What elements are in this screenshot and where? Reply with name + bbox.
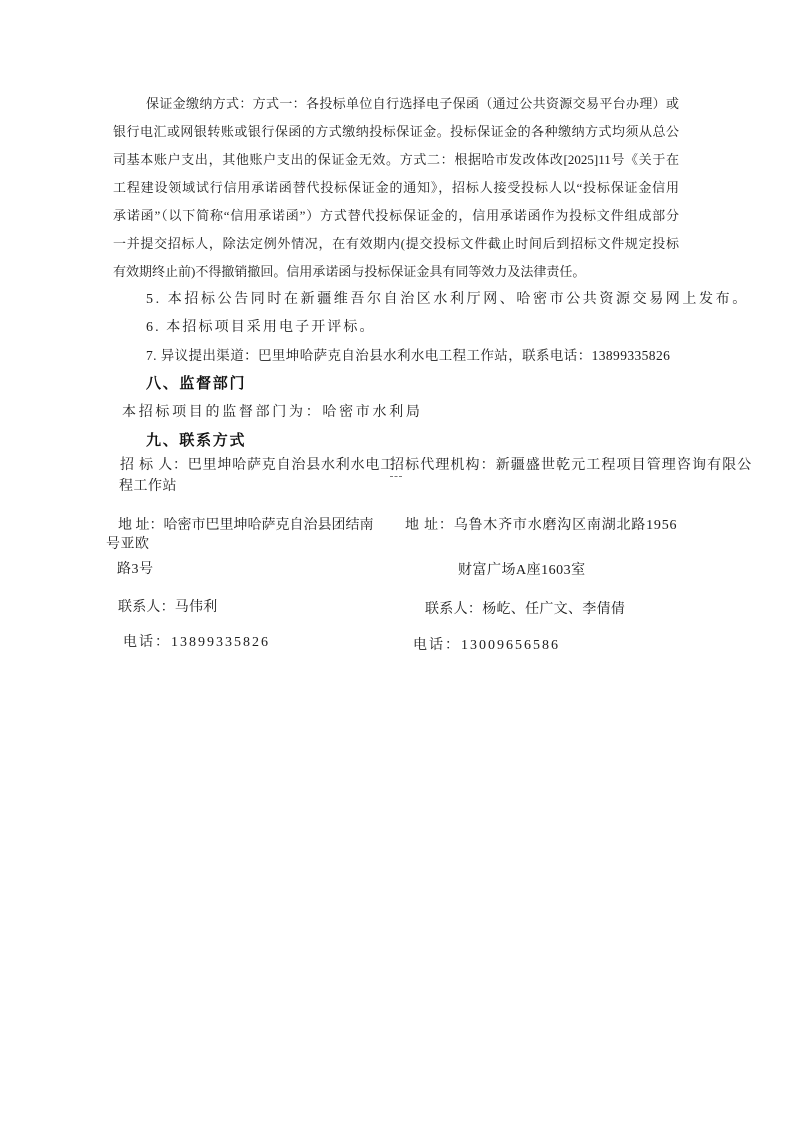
paragraph-line: 保证金缴纳方式：方式一：各投标单位自行选择电子保函（通过公共资源交易平台办理）或 [113,90,679,118]
section-body-supervision: 本招标项目的监督部门为：哈密市水利局 [122,404,423,422]
deposit-paragraph: 保证金缴纳方式：方式一：各投标单位自行选择电子保函（通过公共资源交易平台办理）或… [113,90,679,286]
agency-address-wrap: 号亚欧 [106,536,150,554]
agency-phone: 电话：13009656586 [413,637,560,655]
tenderer-address-line1: 地 址：哈密市巴里坤哈萨克自治县团结南 [118,517,374,535]
paragraph-line: 有效期终止前)不得撤销撤回。信用承诺函与投标保证金具有同等效力及法律责任。 [113,258,679,286]
tenderer-name-line2: 程工作站 [119,478,177,496]
paragraph-line: 工程建设领域试行信用承诺函替代投标保证金的通知》，招标人接受投标人以“投标保证金… [113,174,679,202]
notice-item-5: 5. 本招标公告同时在新疆维吾尔自治区水利厅网、哈密市公共资源交易网上发布。 [146,291,749,309]
section-heading-contact: 九、联系方式 [146,432,246,450]
tenderer-name-line1: 招 标 人：巴里坤哈萨克自治县水利水电工 [120,457,395,475]
agency-address-line1: 地 址：乌鲁木齐市水磨沟区南湖北路1956 [405,517,677,535]
paragraph-line: 承诺函”（以下简称“信用承诺函”）方式替代投标保证金的，信用承诺函作为投标文件组… [113,202,679,230]
tenderer-contact-person: 联系人：马伟利 [118,599,217,617]
stray-underline-mark [390,476,402,477]
paragraph-line: 银行电汇或网银转账或银行保函的方式缴纳投标保证金。投标保证金的各种缴纳方式均须从… [113,118,679,146]
notice-item-7: 7. 异议提出渠道：巴里坤哈萨克自治县水利水电工程工作站，联系电话：138993… [146,347,670,365]
agency-name-line1: 招标代理机构：新疆盛世乾元工程项目管理咨询有限公 [390,457,752,475]
tenderer-address-line2: 路3号 [117,561,154,579]
paragraph-line: 一并提交招标人，除法定例外情况，在有效期内(提交投标文件截止时间后到招标文件规定… [113,230,679,258]
tenderer-phone: 电话：13899335826 [123,634,270,652]
section-heading-supervision: 八、监督部门 [146,375,246,393]
agency-address-line2: 财富广场A座1603室 [458,562,586,580]
agency-contact-person: 联系人：杨屹、任广文、李倩倩 [425,601,625,619]
notice-item-6: 6. 本招标项目采用电子开评标。 [146,319,376,337]
paragraph-line: 司基本账户支出，其他账户支出的保证金无效。方式二：根据哈市发改体改[2025]1… [113,146,679,174]
tender-notice-document-page: 保证金缴纳方式：方式一：各投标单位自行选择电子保函（通过公共资源交易平台办理）或… [0,0,793,1122]
